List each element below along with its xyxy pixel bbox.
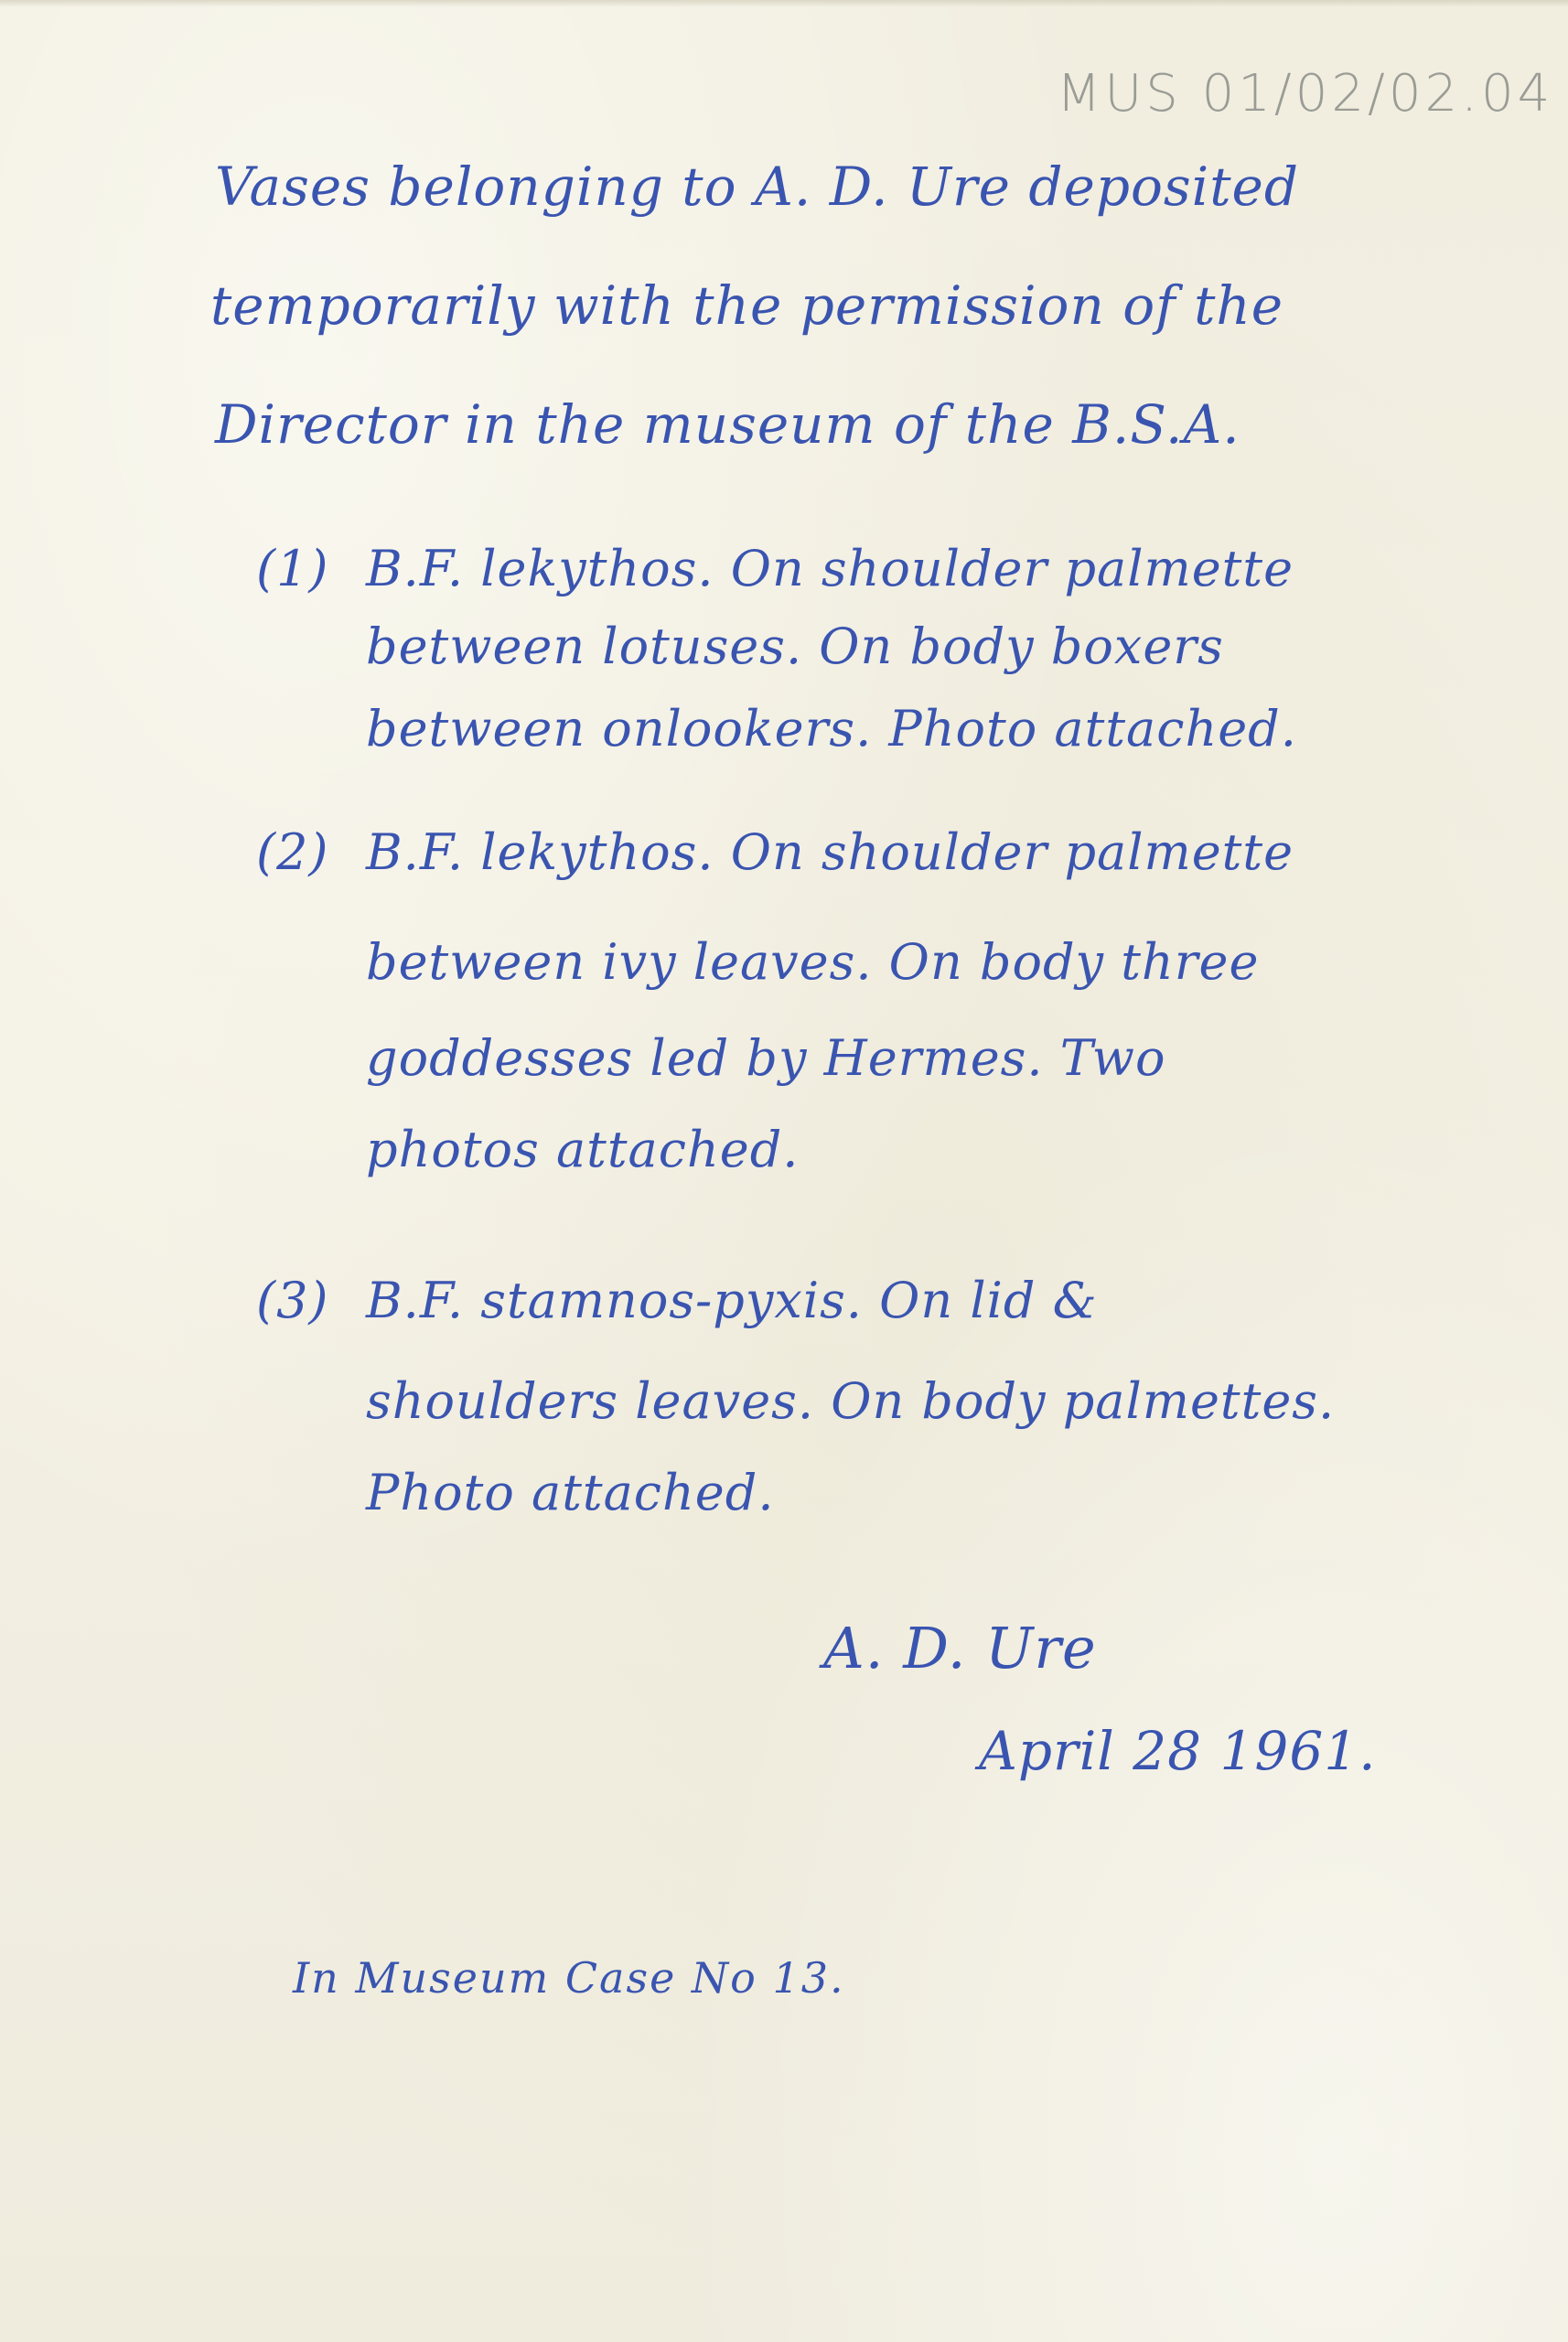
intro-line: Vases belonging to A. D. Ure deposited: [215, 156, 1299, 218]
item-line: Photo attached.: [366, 1464, 775, 1521]
item-line: between ivy leaves. On body three: [366, 933, 1259, 991]
signature: A. D. Ure: [823, 1615, 1097, 1681]
item-text: B.F. lekythos. On shoulder palmette: [366, 540, 1294, 597]
item-first-line: (1)B.F. lekythos. On shoulder palmette: [256, 540, 1294, 597]
item-number: (2): [256, 823, 366, 881]
item-text: B.F. lekythos. On shoulder palmette: [366, 823, 1294, 881]
item-line: photos attached.: [366, 1121, 799, 1178]
museum-case-note: In Museum Case No 13.: [293, 1953, 845, 2003]
item-first-line: (3)B.F. stamnos-pyxis. On lid &: [256, 1272, 1098, 1329]
item-text: B.F. stamnos-pyxis. On lid &: [366, 1272, 1098, 1329]
item-number: (3): [256, 1272, 366, 1329]
item-line: goddesses led by Hermes. Two: [366, 1029, 1166, 1087]
intro-line: Director in the museum of the B.S.A.: [215, 393, 1240, 456]
item-number: (1): [256, 540, 366, 597]
item-line: between onlookers. Photo attached.: [366, 700, 1297, 757]
item-line: between lotuses. On body boxers: [366, 618, 1224, 675]
signature-date: April 28 1961.: [979, 1720, 1377, 1782]
item-line: shoulders leaves. On body palmettes.: [366, 1372, 1335, 1430]
intro-line: temporarily with the permission of the: [210, 274, 1283, 337]
item-first-line: (2)B.F. lekythos. On shoulder palmette: [256, 823, 1294, 881]
archive-reference: MUS 01/02/02.04: [1057, 64, 1553, 124]
